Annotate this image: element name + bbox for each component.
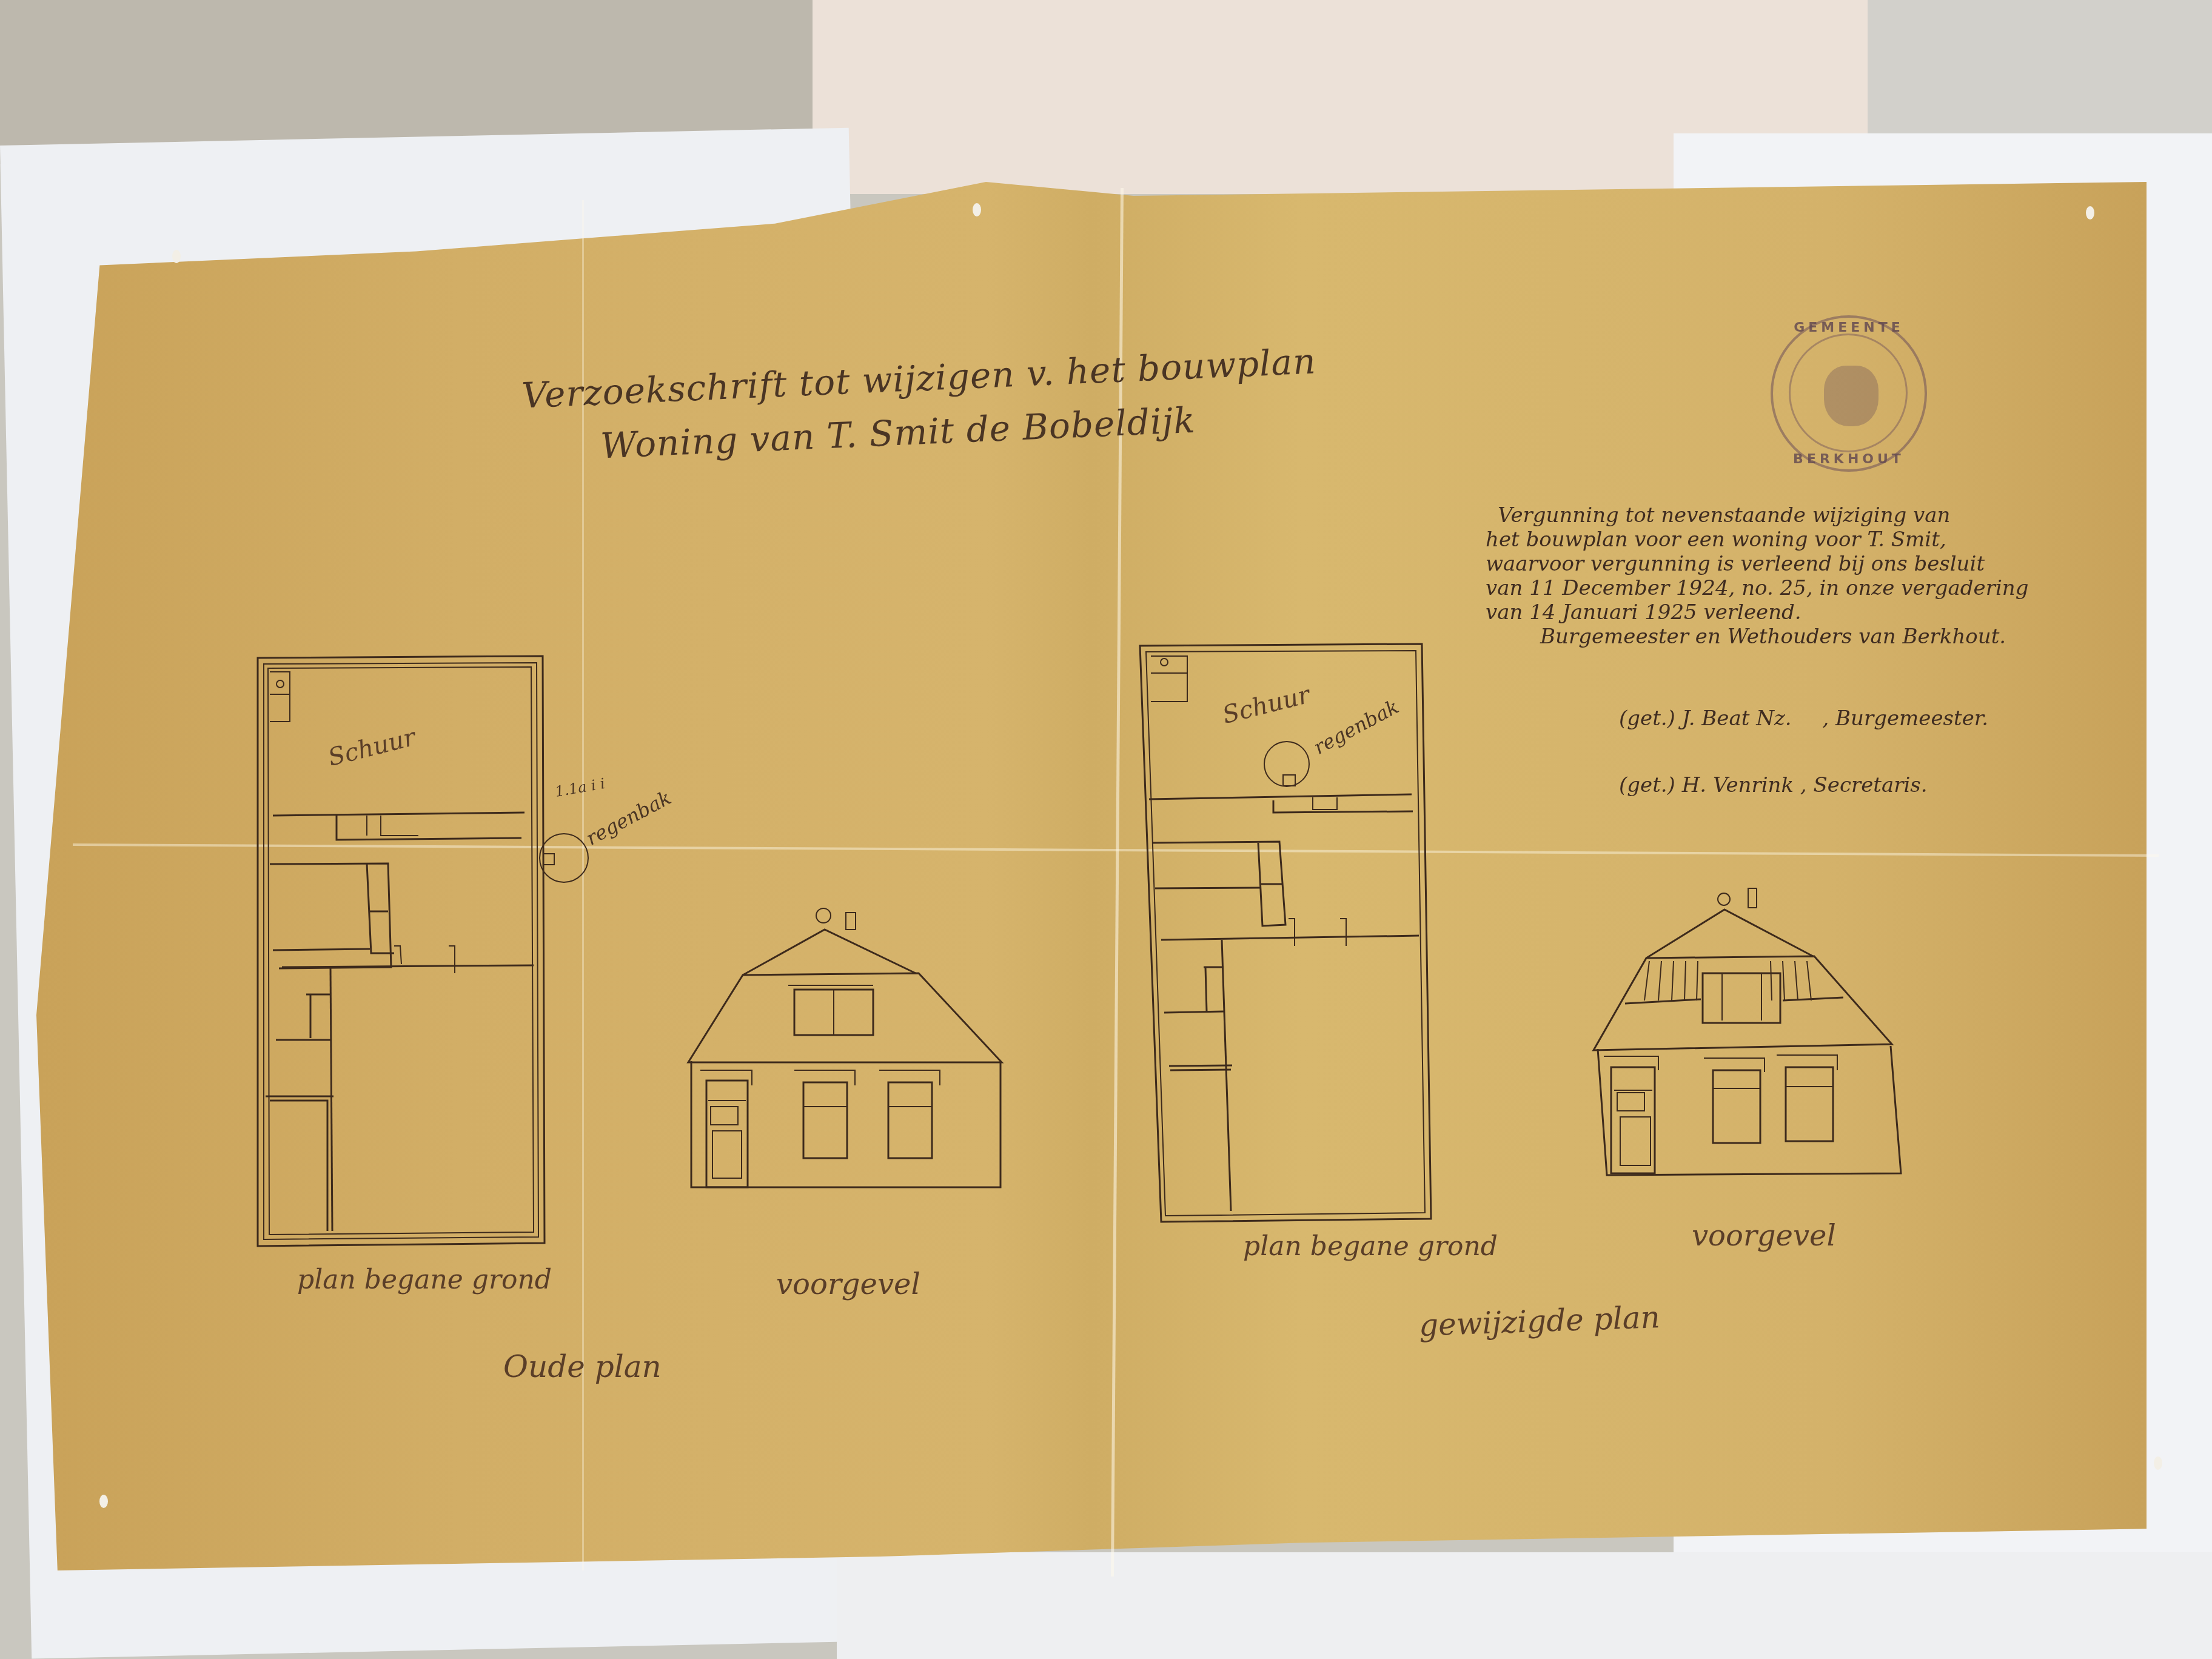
new-front-elevation-drawing bbox=[1594, 888, 1901, 1175]
new-plan-elevation-label: voorgevel bbox=[1692, 1219, 1836, 1253]
old-plan-group-label: Oude plan bbox=[503, 1349, 662, 1384]
architectural-drawings bbox=[0, 0, 2212, 1659]
old-plan-floor-label: plan begane grond bbox=[297, 1264, 552, 1295]
new-floor-plan-drawing bbox=[1140, 644, 1431, 1222]
old-front-elevation-drawing bbox=[688, 908, 1002, 1187]
old-rain-barrel-drawing bbox=[540, 834, 588, 882]
new-plan-floor-label: plan begane grond bbox=[1243, 1231, 1498, 1262]
old-plan-elevation-label: voorgevel bbox=[776, 1267, 920, 1301]
